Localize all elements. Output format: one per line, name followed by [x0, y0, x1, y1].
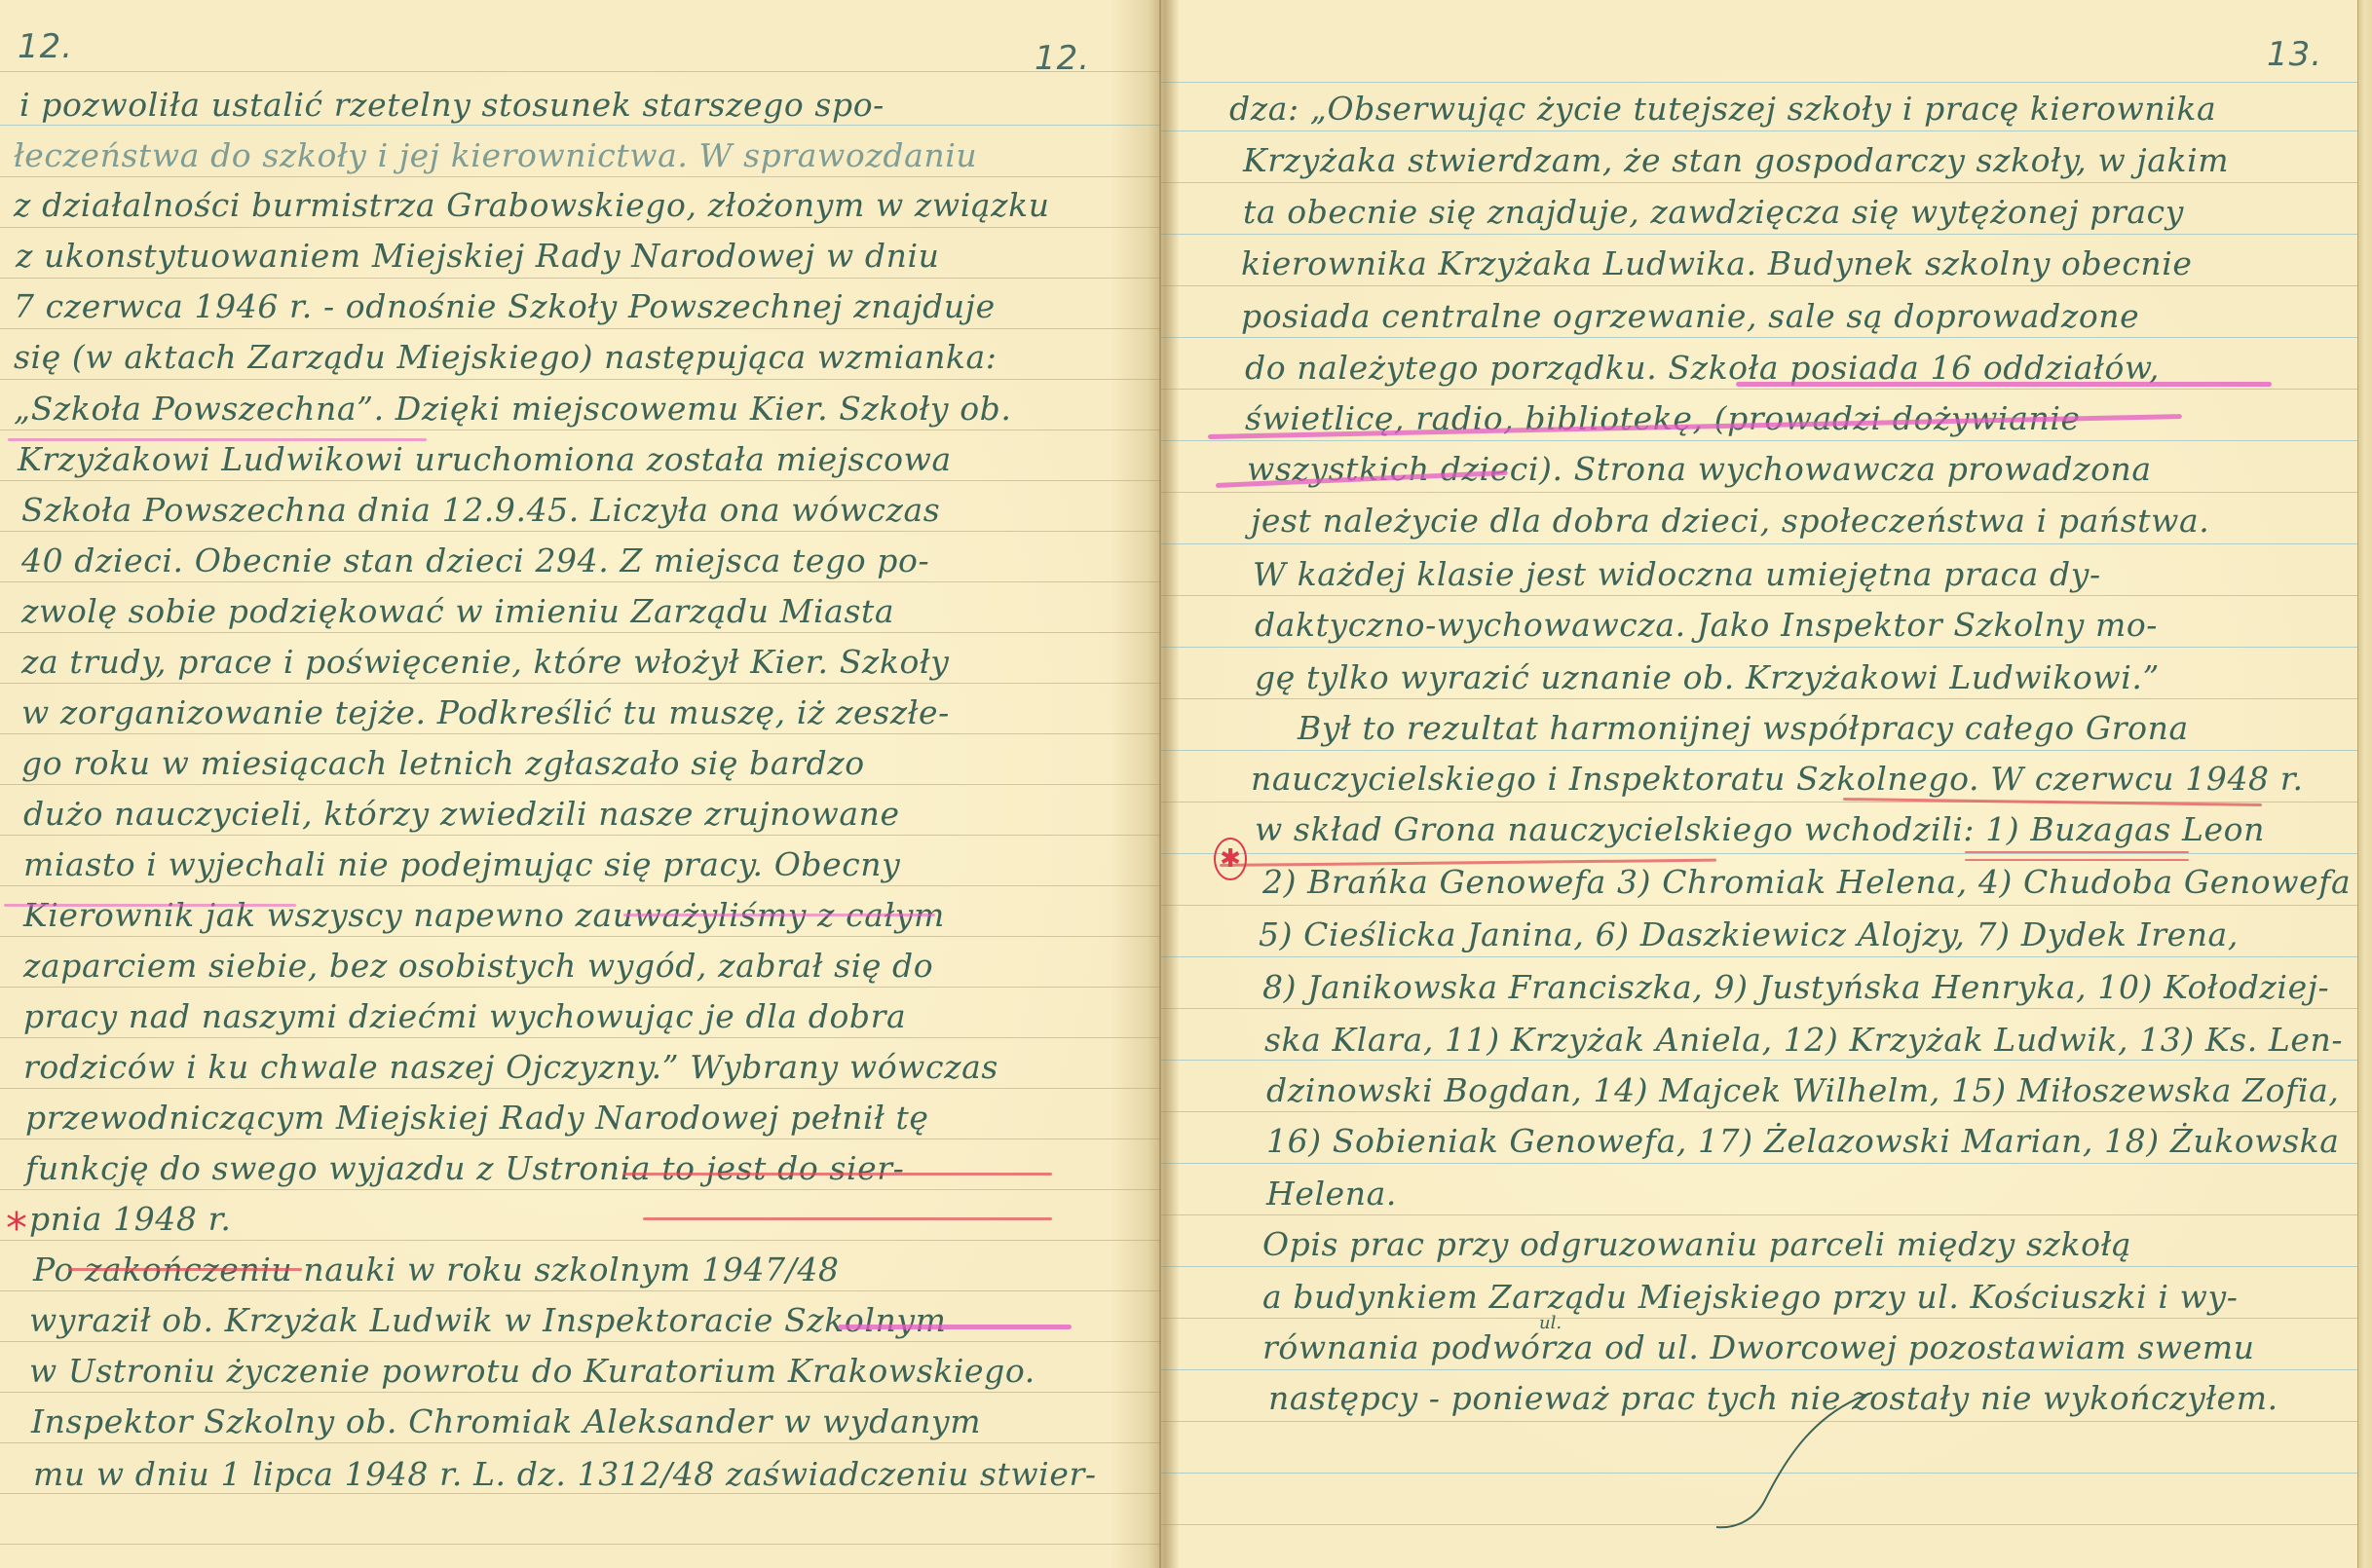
text-line: 5) Cieślicka Janina, 6) Daszkiewicz Aloj…: [1259, 915, 2239, 953]
text-line: miasto i wyjechali nie podejmując się pr…: [23, 845, 900, 883]
page-number: 12.: [1035, 39, 1090, 78]
text-line: zwolę sobie podziękować w imieniu Zarząd…: [21, 592, 894, 630]
text-line: Był to rezultat harmonijnej współpracy c…: [1298, 709, 2189, 747]
text-line: dza: „Obserwując życie tutejszej szkoły …: [1229, 90, 2216, 128]
text-line: Krzyżaka stwierdzam, że stan gospodarczy…: [1243, 141, 2229, 179]
text-line: 16) Sobieniak Genowefa, 17) Żelazowski M…: [1266, 1122, 2340, 1160]
highlight-underline: [838, 1325, 1072, 1329]
text-line: nauczycielskiego i Inspektoratu Szkolneg…: [1251, 760, 2304, 798]
text-line: i pozwoliła ustalić rzetelny stosunek st…: [19, 86, 885, 124]
text-line: rodziców i ku chwale naszej Ojczyzny.” W…: [23, 1048, 998, 1086]
text-line: mu w dniu 1 lipca 1948 r. L. dz. 1312/48…: [33, 1455, 1097, 1493]
text-line: posiada centralne ogrzewanie, sale są do…: [1241, 297, 2139, 335]
binding-seam: [1159, 0, 1161, 1568]
text-line: łeczeństwa do szkoły i jej kierownictwa.…: [14, 136, 977, 174]
highlight-underline: [8, 438, 427, 441]
red-underline: [623, 1173, 1052, 1176]
text-line: pracy nad naszymi dziećmi wychowując je …: [23, 997, 906, 1035]
highlight-underline: [1736, 382, 2272, 387]
text-line: w skład Grona nauczycielskiego wchodzili…: [1255, 810, 2265, 848]
highlight-underline: [623, 914, 935, 916]
text-line: 7 czerwca 1946 r. - odnośnie Szkoły Pows…: [14, 287, 996, 325]
text-line: „Szkoła Powszechna”. Dzięki miejscowemu …: [14, 390, 1011, 428]
text-line: przewodniczącym Miejskiej Rady Narodowej…: [25, 1099, 929, 1137]
text-line: pnia 1948 r.: [29, 1200, 231, 1238]
asterisk-margin-mark: *: [6, 1208, 27, 1251]
circled-asterisk-margin-mark: ✱: [1214, 838, 1247, 880]
text-line: dzinowski Bogdan, 14) Majcek Wilhelm, 15…: [1266, 1071, 2339, 1109]
notebook-spread: 12. 12. i pozwoliła ustalić rzetelny sto…: [0, 0, 2372, 1568]
text-line: gę tylko wyrazić uznanie ob. Krzyżakowi …: [1255, 658, 2160, 696]
left-page: 12. 12. i pozwoliła ustalić rzetelny sto…: [0, 0, 1161, 1568]
text-line: Krzyżakowi Ludwikowi uruchomiona została…: [18, 440, 952, 478]
text-line: jest należycie dla dobra dzieci, społecz…: [1251, 502, 2209, 540]
text-line: w zorganizowanie tejże. Podkreślić tu mu…: [21, 693, 950, 731]
superscript-insert: ul.: [1539, 1313, 1562, 1333]
text-line: daktyczno-wychowawcza. Jako Inspektor Sz…: [1255, 606, 2158, 644]
text-line: kierownika Krzyżaka Ludwika. Budynek szk…: [1241, 244, 2193, 282]
next-page-edge: [2357, 0, 2372, 1568]
signature-flourish: [1697, 1383, 1892, 1529]
text-line: wyraził ob. Krzyżak Ludwik w Inspektorac…: [29, 1301, 946, 1339]
text-line: się (w aktach Zarządu Miejskiego) następ…: [14, 338, 998, 376]
text-line: 40 dzieci. Obecnie stan dzieci 294. Z mi…: [21, 541, 929, 579]
text-line: z ukonstytuowaniem Miejskiej Rady Narodo…: [16, 237, 940, 275]
text-line: równania podwórza od ul. Dworcowej pozos…: [1262, 1328, 2255, 1366]
page-number: 13.: [2267, 35, 2322, 74]
text-line: 8) Janikowska Franciszka, 9) Justyńska H…: [1262, 968, 2329, 1006]
text-line: go roku w miesiącach letnich zgłaszało s…: [21, 744, 865, 782]
text-line: dużo nauczycieli, którzy zwiedzili nasze…: [23, 795, 900, 833]
red-underline: [643, 1217, 1052, 1220]
text-line: Szkoła Powszechna dnia 12.9.45. Liczyła …: [21, 491, 940, 529]
text-line: z działalności burmistrza Grabowskiego, …: [14, 186, 1050, 224]
text-line: wszystkich dzieci). Strona wychowawcza p…: [1247, 450, 2152, 488]
text-line: zaparciem siebie, bez osobistych wygód, …: [23, 947, 933, 985]
red-underline: [1965, 851, 2189, 853]
red-underline: [1965, 859, 2189, 861]
text-line: W każdej klasie jest widoczna umiejętna …: [1253, 555, 2101, 593]
text-line: 2) Brańka Genowefa 3) Chromiak Helena, 4…: [1262, 863, 2351, 901]
text-line: Opis prac przy odgruzowaniu parceli międ…: [1262, 1225, 2131, 1263]
text-line: ska Klara, 11) Krzyżak Aniela, 12) Krzyż…: [1264, 1021, 2343, 1059]
text-line: za trudy, prace i poświęcenie, które wło…: [21, 643, 950, 681]
text-line: Helena.: [1266, 1175, 1397, 1213]
text-line: w Ustroniu życzenie powrotu do Kuratoriu…: [29, 1352, 1035, 1390]
text-line: a budynkiem Zarządu Miejskiego przy ul. …: [1262, 1278, 2238, 1316]
text-line: ta obecnie się znajduje, zawdzięcza się …: [1243, 193, 2184, 231]
right-page: 13. dza: „Obserwując życie tutejszej szk…: [1161, 0, 2357, 1568]
highlight-underline: [4, 904, 296, 907]
text-line: Inspektor Szkolny ob. Chromiak Aleksande…: [31, 1402, 981, 1440]
red-underline: [68, 1268, 302, 1271]
text-line: funkcję do swego wyjazdu z Ustronia to j…: [25, 1149, 904, 1187]
page-number: 12.: [18, 27, 73, 66]
